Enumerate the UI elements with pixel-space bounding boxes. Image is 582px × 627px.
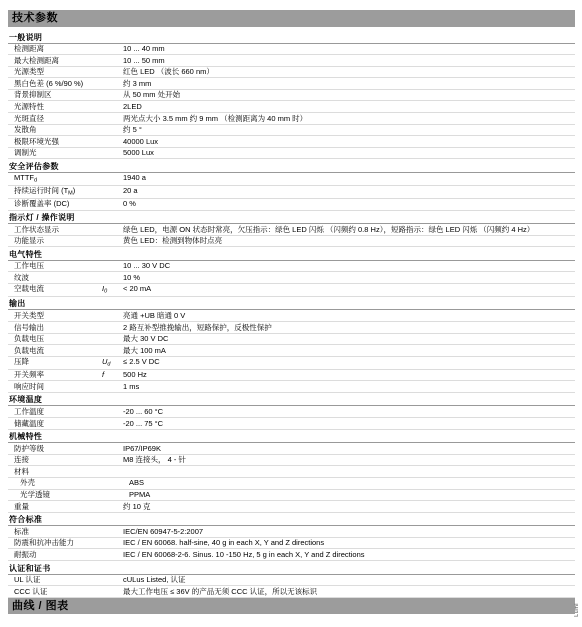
spec-label-text: 工作温度: [14, 407, 44, 416]
spec-section: 指示灯 / 操作说明工作状态显示绿色 LED，电源 ON 状态时常亮，欠压指示：…: [8, 211, 575, 248]
spec-label-text: 连接: [14, 455, 29, 464]
spec-row: 发散角约 5 °: [8, 125, 575, 137]
spec-label: 持续运行时间 (TM): [8, 187, 102, 197]
spec-label-text: 响应时间: [14, 382, 44, 391]
spec-value: 20 a: [123, 187, 575, 196]
spec-value: -20 ... 60 °C: [123, 408, 575, 417]
spec-row: 外壳ABS: [8, 478, 575, 490]
spec-row: 光源特性2LED: [8, 101, 575, 113]
spec-label-text: 光学透镜: [20, 490, 50, 499]
spec-row: MTTFd1940 a: [8, 173, 575, 186]
spec-table: 一般说明检测距离10 ... 40 mm最大检测距离10 ... 50 mm光源…: [8, 30, 575, 598]
spec-section: 安全评估参数MTTFd1940 a持续运行时间 (TM)20 a诊断覆盖率 (D…: [8, 159, 575, 210]
spec-value: 约 3 mm: [123, 80, 575, 89]
spec-label-text: 光斑直径: [14, 114, 44, 123]
spec-row: 持续运行时间 (TM)20 a: [8, 186, 575, 199]
spec-row: 光源类型红色 LED （波长 660 nm）: [8, 67, 575, 79]
spec-label-text: 压降: [14, 357, 29, 366]
spec-label: 诊断覆盖率 (DC): [8, 200, 102, 209]
spec-label: 背景抑制区: [8, 91, 102, 100]
spec-label: MTTFd: [8, 174, 102, 184]
spec-label-text: 材料: [14, 467, 29, 476]
spec-label: 防震和抗冲击能力: [8, 539, 102, 548]
spec-label-text: 开关类型: [14, 311, 44, 320]
spec-label-text: 外壳: [20, 478, 35, 487]
spec-value: cULus Listed, 认证: [123, 576, 575, 585]
spec-label-text: 信号输出: [14, 323, 44, 332]
spec-row: 纹波10 %: [8, 272, 575, 284]
spec-row: 背景抑制区从 50 mm 处开始: [8, 90, 575, 102]
spec-row: 黑白色差 (6 %/90 %)约 3 mm: [8, 78, 575, 90]
section-title: 指示灯 / 操作说明: [8, 211, 575, 225]
spec-symbol: Ud: [102, 358, 123, 368]
spec-value: 绿色 LED，电源 ON 状态时常亮，欠压指示：绿色 LED 闪烁 （闪频约 0…: [123, 226, 575, 235]
spec-section: 一般说明检测距离10 ... 40 mm最大检测距离10 ... 50 mm光源…: [8, 30, 575, 159]
section-bar-curves-diagrams: 曲线 / 图表: [8, 598, 575, 614]
spec-row: 防震和抗冲击能力IEC / EN 60068. half-sine, 40 g …: [8, 538, 575, 550]
spec-label-text: 防震和抗冲击能力: [14, 538, 74, 547]
spec-label: 检测距离: [8, 45, 102, 54]
spec-label-subscript: d: [34, 178, 37, 184]
section-bar-technical-data: 技术参数: [8, 10, 575, 27]
spec-label-text: 最大检测距离: [14, 56, 59, 65]
spec-label-suffix: ): [73, 186, 76, 195]
spec-row: 材料: [8, 466, 575, 478]
page-content: 技术参数 一般说明检测距离10 ... 40 mm最大检测距离10 ... 50…: [8, 10, 575, 598]
section-title: 符合标准: [8, 513, 575, 527]
spec-value: 5000 Lux: [123, 149, 575, 158]
spec-value: 1 ms: [123, 383, 575, 392]
spec-label: 开关频率: [8, 371, 102, 380]
spec-row: 连接M8 连接头， 4 - 针: [8, 455, 575, 467]
spec-value: ≤ 2.5 V DC: [123, 358, 575, 367]
spec-label-text: 开关频率: [14, 370, 44, 379]
spec-symbol-subscript: 0: [104, 289, 107, 295]
spec-label: 材料: [8, 468, 102, 477]
section-title: 环境温度: [8, 393, 575, 407]
spec-value: 两光点大小 3.5 mm 约 9 mm （检测距离为 40 mm 时）: [123, 115, 575, 124]
spec-label-text: 光源特性: [14, 102, 44, 111]
spec-row: 负载电压最大 30 V DC: [8, 334, 575, 346]
spec-value: PPMA: [129, 491, 575, 500]
spec-label: 外壳: [8, 479, 108, 488]
spec-value: ABS: [129, 479, 575, 488]
section-title: 电气特性: [8, 247, 575, 261]
spec-section: 机械特性防护等级IP67/IP69K连接M8 连接头， 4 - 针材料外壳ABS…: [8, 430, 575, 513]
side-watermark-text: Lumi: [574, 603, 580, 617]
spec-label: 重量: [8, 503, 102, 512]
spec-label: 发散角: [8, 126, 102, 135]
spec-row: 压降Ud≤ 2.5 V DC: [8, 357, 575, 370]
spec-label: 响应时间: [8, 383, 102, 392]
section-title: 安全评估参数: [8, 159, 575, 173]
spec-label: 光学透镜: [8, 491, 108, 500]
spec-section: 环境温度工作温度-20 ... 60 °C储藏温度-20 ... 75 °C: [8, 393, 575, 430]
spec-label-text: 极限环境光强: [14, 137, 59, 146]
spec-row: 调制光5000 Lux: [8, 148, 575, 160]
spec-label-text: 背景抑制区: [14, 90, 52, 99]
spec-label: 连接: [8, 456, 102, 465]
spec-row: 重量约 10 克: [8, 501, 575, 513]
spec-label: 功能显示: [8, 237, 102, 246]
spec-value: 从 50 mm 处开始: [123, 91, 575, 100]
spec-value: 10 ... 30 V DC: [123, 262, 575, 271]
spec-row: 储藏温度-20 ... 75 °C: [8, 418, 575, 430]
spec-symbol: I0: [102, 285, 123, 295]
spec-label: 光源类型: [8, 68, 102, 77]
section-title: 输出: [8, 297, 575, 311]
spec-label-text: 耐振动: [14, 550, 37, 559]
spec-symbol-text: f: [102, 370, 104, 379]
spec-section: 符合标准标准IEC/EN 60947-5-2:2007防震和抗冲击能力IEC /…: [8, 513, 575, 561]
spec-label-text: 检测距离: [14, 44, 44, 53]
spec-label-text: 光源类型: [14, 67, 44, 76]
spec-label-text: 工作状态显示: [14, 225, 59, 234]
spec-section: 输出开关类型亮通 +UB 暗通 0 V信号输出2 路互补型推挽输出，短路保护，反…: [8, 297, 575, 393]
spec-label: 工作状态显示: [8, 226, 102, 235]
spec-label: 光斑直径: [8, 115, 102, 124]
spec-value: 40000 Lux: [123, 138, 575, 147]
spec-label: 信号输出: [8, 324, 102, 333]
spec-label: 工作温度: [8, 408, 102, 417]
spec-value: 最大 100 mA: [123, 347, 575, 356]
spec-label: 工作电压: [8, 262, 102, 271]
page-title: 技术参数: [12, 12, 58, 24]
spec-value: 0 %: [123, 200, 575, 209]
spec-label-text: 负载电压: [14, 334, 44, 343]
spec-value: 最大工作电压 ≤ 36V 的产品无须 CCC 认证，所以无该标识: [123, 588, 575, 597]
spec-row: 开关频率f500 Hz: [8, 370, 575, 382]
spec-value: 2 路互补型推挽输出，短路保护，反极性保护: [123, 324, 575, 333]
spec-row: 极限环境光强40000 Lux: [8, 136, 575, 148]
spec-row: 信号输出2 路互补型推挽输出，短路保护，反极性保护: [8, 322, 575, 334]
spec-value: IEC / EN 60068. half-sine, 40 g in each …: [123, 539, 575, 548]
spec-row: 耐振动IEC / EN 60068-2-6. Sinus. 10 -150 Hz…: [8, 549, 575, 561]
spec-label: 耐振动: [8, 551, 102, 560]
spec-label: 负载电流: [8, 347, 102, 356]
spec-label-text: 空载电流: [14, 284, 44, 293]
spec-section: 电气特性工作电压10 ... 30 V DC纹波10 %空载电流I0< 20 m…: [8, 247, 575, 297]
spec-row: UL 认证cULus Listed, 认证: [8, 575, 575, 587]
spec-label-text: CCC 认证: [14, 587, 47, 596]
spec-row: 工作状态显示绿色 LED，电源 ON 状态时常亮，欠压指示：绿色 LED 闪烁 …: [8, 224, 575, 236]
spec-label: 防护等级: [8, 445, 102, 454]
spec-label: 储藏温度: [8, 420, 102, 429]
spec-value: -20 ... 75 °C: [123, 420, 575, 429]
spec-label: 压降: [8, 358, 102, 367]
spec-row: 防护等级IP67/IP69K: [8, 443, 575, 455]
spec-value: M8 连接头， 4 - 针: [123, 456, 575, 465]
section-title: 认证和证书: [8, 561, 575, 575]
spec-value: < 20 mA: [123, 285, 575, 294]
spec-section: 认证和证书UL 认证cULus Listed, 认证CCC 认证最大工作电压 ≤…: [8, 561, 575, 598]
spec-row: CCC 认证最大工作电压 ≤ 36V 的产品无须 CCC 认证，所以无该标识: [8, 586, 575, 598]
spec-value: 2LED: [123, 103, 575, 112]
spec-row: 光斑直径两光点大小 3.5 mm 约 9 mm （检测距离为 40 mm 时）: [8, 113, 575, 125]
spec-row: 工作温度-20 ... 60 °C: [8, 406, 575, 418]
spec-value: IP67/IP69K: [123, 445, 575, 454]
spec-label: CCC 认证: [8, 588, 102, 597]
spec-label: 调制光: [8, 149, 102, 158]
spec-label: 负载电压: [8, 335, 102, 344]
spec-label: 纹波: [8, 274, 102, 283]
spec-value: 红色 LED （波长 660 nm）: [123, 68, 575, 77]
spec-label: 最大检测距离: [8, 57, 102, 66]
spec-row: 负载电流最大 100 mA: [8, 345, 575, 357]
spec-label-text: UL 认证: [14, 575, 40, 584]
spec-value: 1940 a: [123, 174, 575, 183]
spec-value: IEC / EN 60068-2-6. Sinus. 10 -150 Hz, 5…: [123, 551, 575, 560]
spec-label-text: MTTF: [14, 173, 34, 182]
section-title: 一般说明: [8, 30, 575, 44]
spec-label: 光源特性: [8, 103, 102, 112]
spec-value: IEC/EN 60947-5-2:2007: [123, 528, 575, 537]
spec-value: 约 5 °: [123, 126, 575, 135]
spec-row: 空载电流I0< 20 mA: [8, 284, 575, 297]
spec-value: 10 %: [123, 274, 575, 283]
spec-label-text: 工作电压: [14, 261, 44, 270]
spec-label-text: 储藏温度: [14, 419, 44, 428]
spec-value: 10 ... 50 mm: [123, 57, 575, 66]
spec-value: 黄色 LED：检测到物体时点亮: [123, 237, 575, 246]
spec-label-text: 功能显示: [14, 236, 44, 245]
spec-label: 开关类型: [8, 312, 102, 321]
section-title: 机械特性: [8, 430, 575, 444]
spec-label: 空载电流: [8, 285, 102, 294]
spec-row: 检测距离10 ... 40 mm: [8, 44, 575, 56]
spec-label-text: 黑白色差 (6 %/90 %): [14, 79, 83, 88]
spec-symbol-subscript: d: [107, 362, 110, 368]
spec-label-text: 重量: [14, 502, 29, 511]
spec-label-text: 诊断覆盖率 (DC): [14, 199, 69, 208]
spec-row: 工作电压10 ... 30 V DC: [8, 261, 575, 273]
curves-diagrams-title: 曲线 / 图表: [12, 600, 69, 612]
spec-row: 开关类型亮通 +UB 暗通 0 V: [8, 310, 575, 322]
spec-label-text: 纹波: [14, 273, 29, 282]
spec-row: 标准IEC/EN 60947-5-2:2007: [8, 526, 575, 538]
spec-label-text: 负载电流: [14, 346, 44, 355]
spec-value: 约 10 克: [123, 503, 575, 512]
spec-value: 亮通 +UB 暗通 0 V: [123, 312, 575, 321]
datasheet-page: 技术参数 一般说明检测距离10 ... 40 mm最大检测距离10 ... 50…: [0, 0, 582, 627]
spec-row: 诊断覆盖率 (DC)0 %: [8, 199, 575, 211]
spec-label-text: 发散角: [14, 125, 37, 134]
spec-label-text: 标准: [14, 527, 29, 536]
spec-label: UL 认证: [8, 576, 102, 585]
spec-row: 响应时间1 ms: [8, 381, 575, 393]
spec-value: 500 Hz: [123, 371, 575, 380]
spec-label: 标准: [8, 528, 102, 537]
spec-label-text: 调制光: [14, 148, 37, 157]
spec-label-text: 持续运行时间 (T: [14, 186, 68, 195]
spec-label: 极限环境光强: [8, 138, 102, 147]
spec-row: 最大检测距离10 ... 50 mm: [8, 55, 575, 67]
spec-symbol: f: [102, 371, 123, 380]
spec-label-text: 防护等级: [14, 444, 44, 453]
spec-row: 功能显示黄色 LED：检测到物体时点亮: [8, 236, 575, 248]
spec-label: 黑白色差 (6 %/90 %): [8, 80, 102, 89]
spec-value: 10 ... 40 mm: [123, 45, 575, 54]
spec-row: 光学透镜PPMA: [8, 490, 575, 502]
spec-value: 最大 30 V DC: [123, 335, 575, 344]
